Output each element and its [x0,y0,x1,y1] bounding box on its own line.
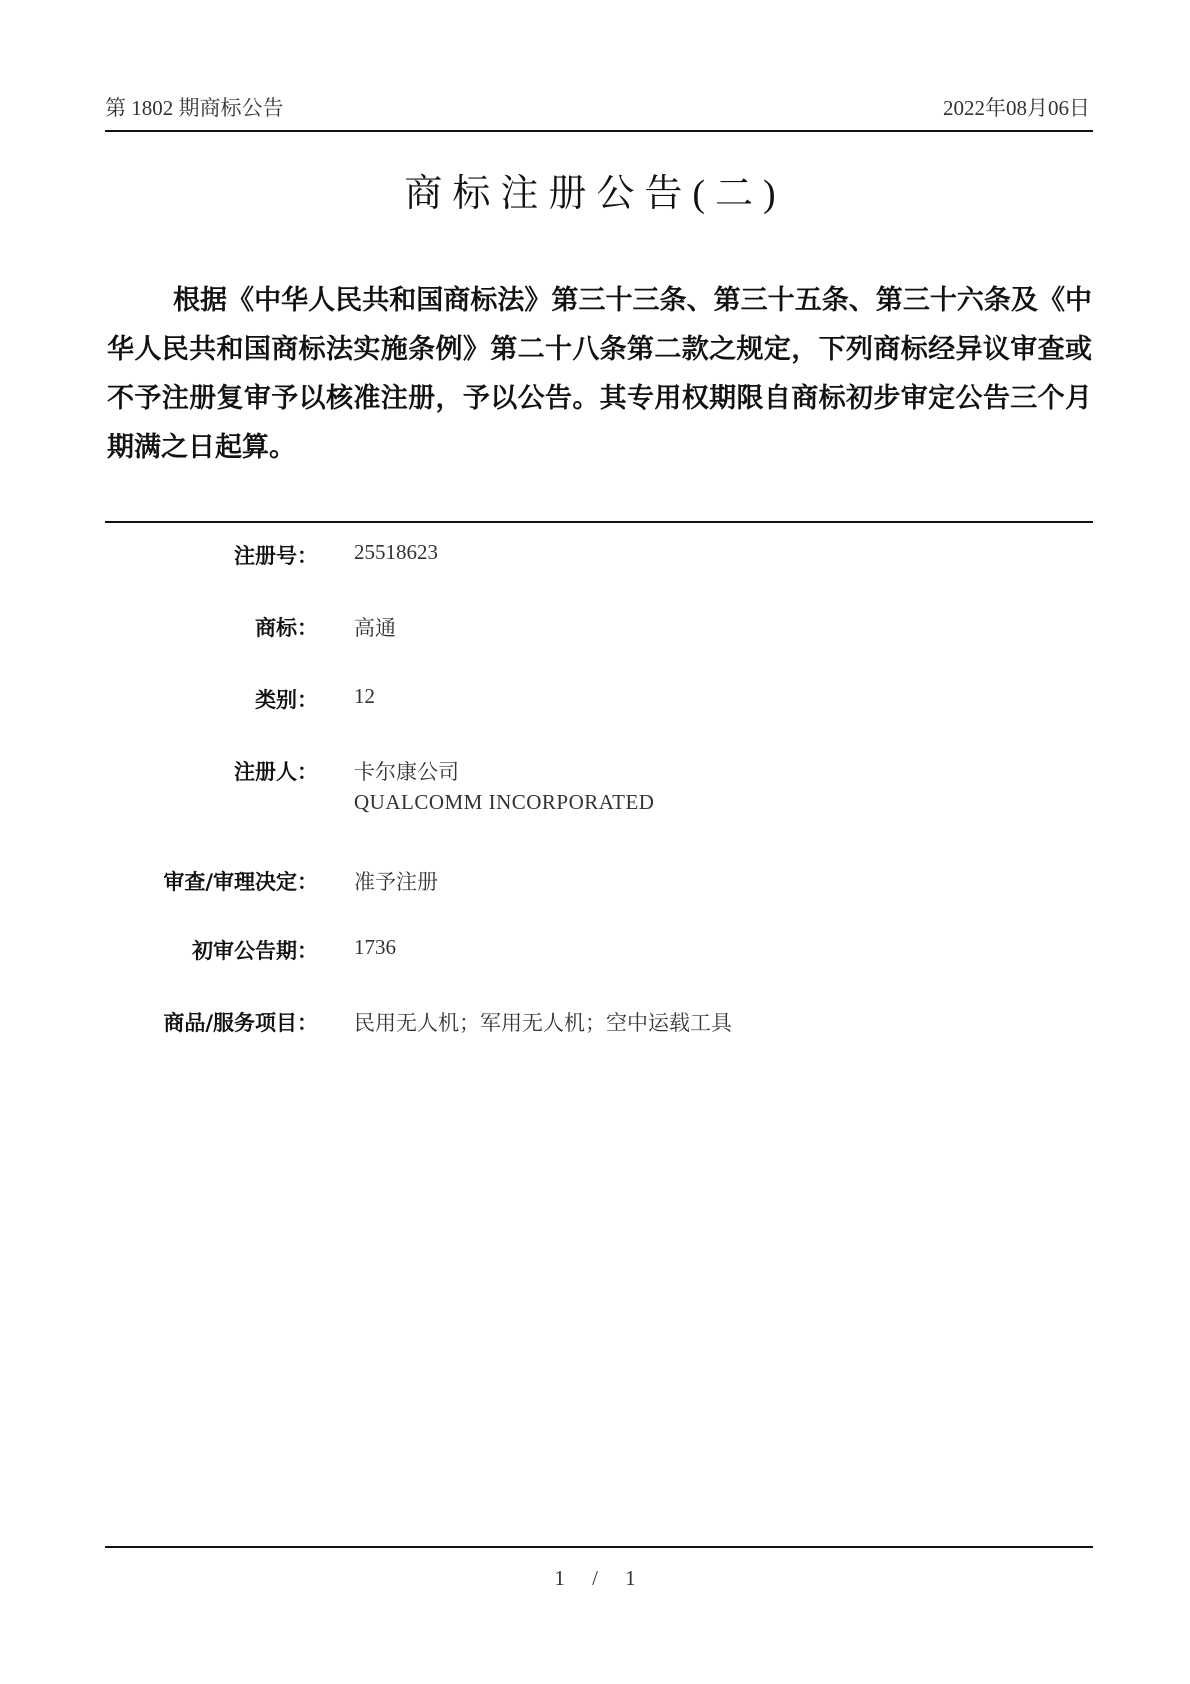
issue-number: 第 1802 期商标公告 [105,92,284,122]
field-class: 类别： 12 [0,684,1190,724]
field-label: 注册号： [234,540,318,570]
section-divider [105,521,1093,523]
field-registrant: 注册人： 卡尔康公司 QUALCOMM INCORPORATED [0,756,1190,836]
field-value: 准予注册 [354,866,438,896]
preamble-paragraph: 根据《中华人民共和国商标法》第三十三条、第三十五条、第三十六条及《中华人民共和国… [107,276,1092,472]
field-value: 25518623 [354,540,438,565]
field-value: 1736 [354,935,396,960]
page-indicator: 1 / 1 [0,1566,1190,1591]
field-label: 审查/审理决定： [163,866,318,896]
field-preliminary-issue: 初审公告期： 1736 [0,935,1190,975]
field-label: 类别： [255,684,318,714]
field-value-english: QUALCOMM INCORPORATED [354,790,654,815]
field-value: 民用无人机；军用无人机；空中运载工具 [354,1007,732,1037]
page-title: 商标注册公告(二) [0,162,1190,217]
field-value: 12 [354,684,375,709]
field-goods-services: 商品/服务项目： 民用无人机；军用无人机；空中运载工具 [0,1007,1190,1047]
footer-divider [105,1546,1093,1548]
field-trademark: 商标： 高通 [0,612,1190,652]
field-label: 商品/服务项目： [163,1007,318,1037]
publication-date: 2022年08月06日 [943,92,1090,122]
field-label: 初审公告期： [192,935,318,965]
header-divider [105,130,1093,132]
field-label: 注册人： [234,756,318,786]
field-label: 商标： [255,612,318,642]
field-value-chinese: 卡尔康公司 [354,756,459,786]
field-registration-number: 注册号： 25518623 [0,540,1190,580]
field-value: 高通 [354,612,396,642]
field-decision: 审查/审理决定： 准予注册 [0,866,1190,906]
